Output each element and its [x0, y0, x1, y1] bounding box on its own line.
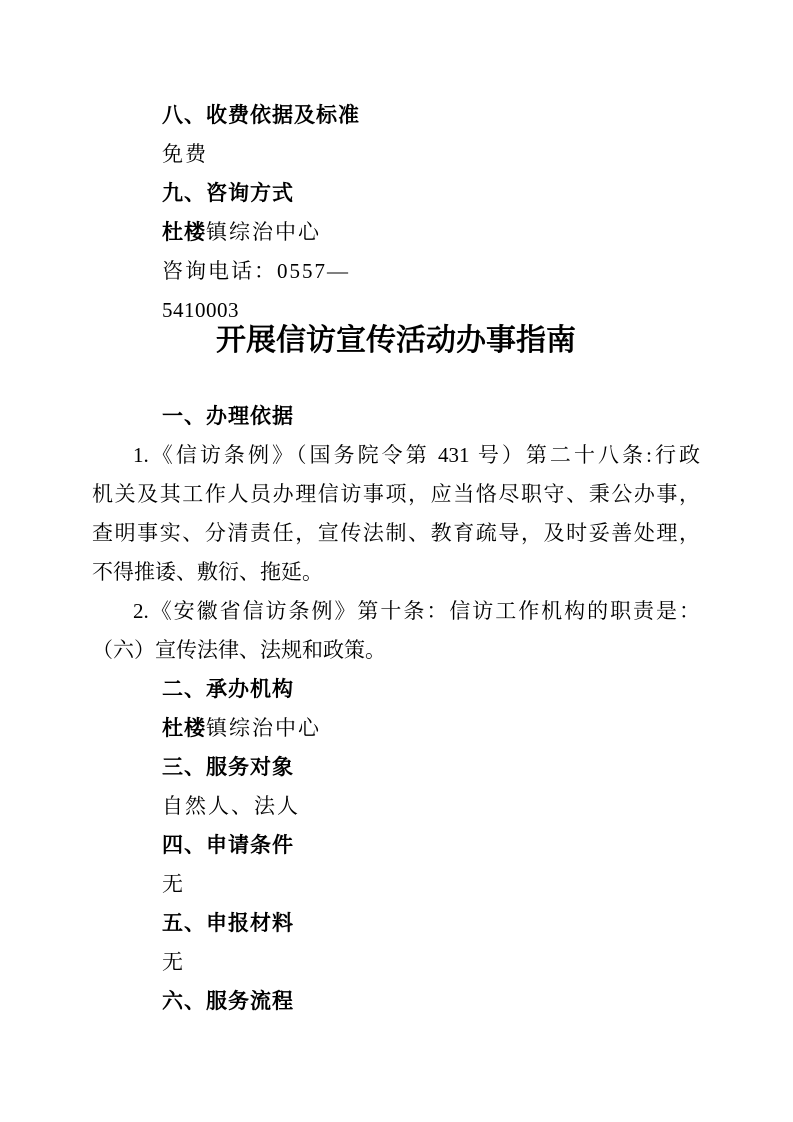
agency-name-bold: 杜楼 — [162, 221, 206, 244]
materials-value: 无 — [92, 943, 700, 982]
section-heading-materials: 五、申报材料 — [92, 904, 700, 943]
audience-value: 自然人、法人 — [92, 787, 700, 826]
fees-value: 免费 — [92, 135, 700, 174]
agency-name-rest: 镇综治中心 — [206, 220, 321, 244]
phone-label-line: 咨询电话：0557— — [92, 252, 700, 291]
basis-paragraph2-line: 2.《安徽省信访条例》第十条：信访工作机构的职责是： — [92, 592, 700, 631]
basis-paragraph1-line: 机关及其工作人员办理信访事项，应当恪尽职守、秉公办事， — [92, 475, 700, 514]
conditions-value: 无 — [92, 865, 700, 904]
agency-value-rest: 镇综治中心 — [206, 716, 321, 740]
basis-paragraph1-line: 1.《信访条例》（国务院令第 431 号）第二十八条:行政 — [92, 436, 700, 475]
agency-value-bold: 杜楼 — [162, 717, 206, 740]
agency-name-line: 杜楼镇综治中心 — [92, 213, 700, 252]
section-heading-contact: 九、咨询方式 — [92, 174, 700, 213]
section-heading-agency: 二、承办机构 — [92, 670, 700, 709]
basis-paragraph2-line: （六）宣传法律、法规和政策。 — [92, 631, 700, 670]
section-heading-conditions: 四、申请条件 — [92, 826, 700, 865]
document-page: 八、收费依据及标准 免费 九、咨询方式 杜楼镇综治中心 咨询电话：0557— 5… — [0, 0, 793, 1122]
basis-paragraph1-line: 查明事实、分清责任，宣传法制、教育疏导，及时妥善处理， — [92, 514, 700, 553]
basis-paragraph1-line: 不得推诿、敷衍、拖延。 — [92, 553, 700, 592]
section-heading-audience: 三、服务对象 — [92, 748, 700, 787]
section-heading-process: 六、服务流程 — [92, 982, 700, 1021]
section-heading-basis: 一、办理依据 — [92, 397, 700, 436]
section-heading-fees: 八、收费依据及标准 — [92, 96, 700, 135]
agency-value-line: 杜楼镇综治中心 — [92, 709, 700, 748]
